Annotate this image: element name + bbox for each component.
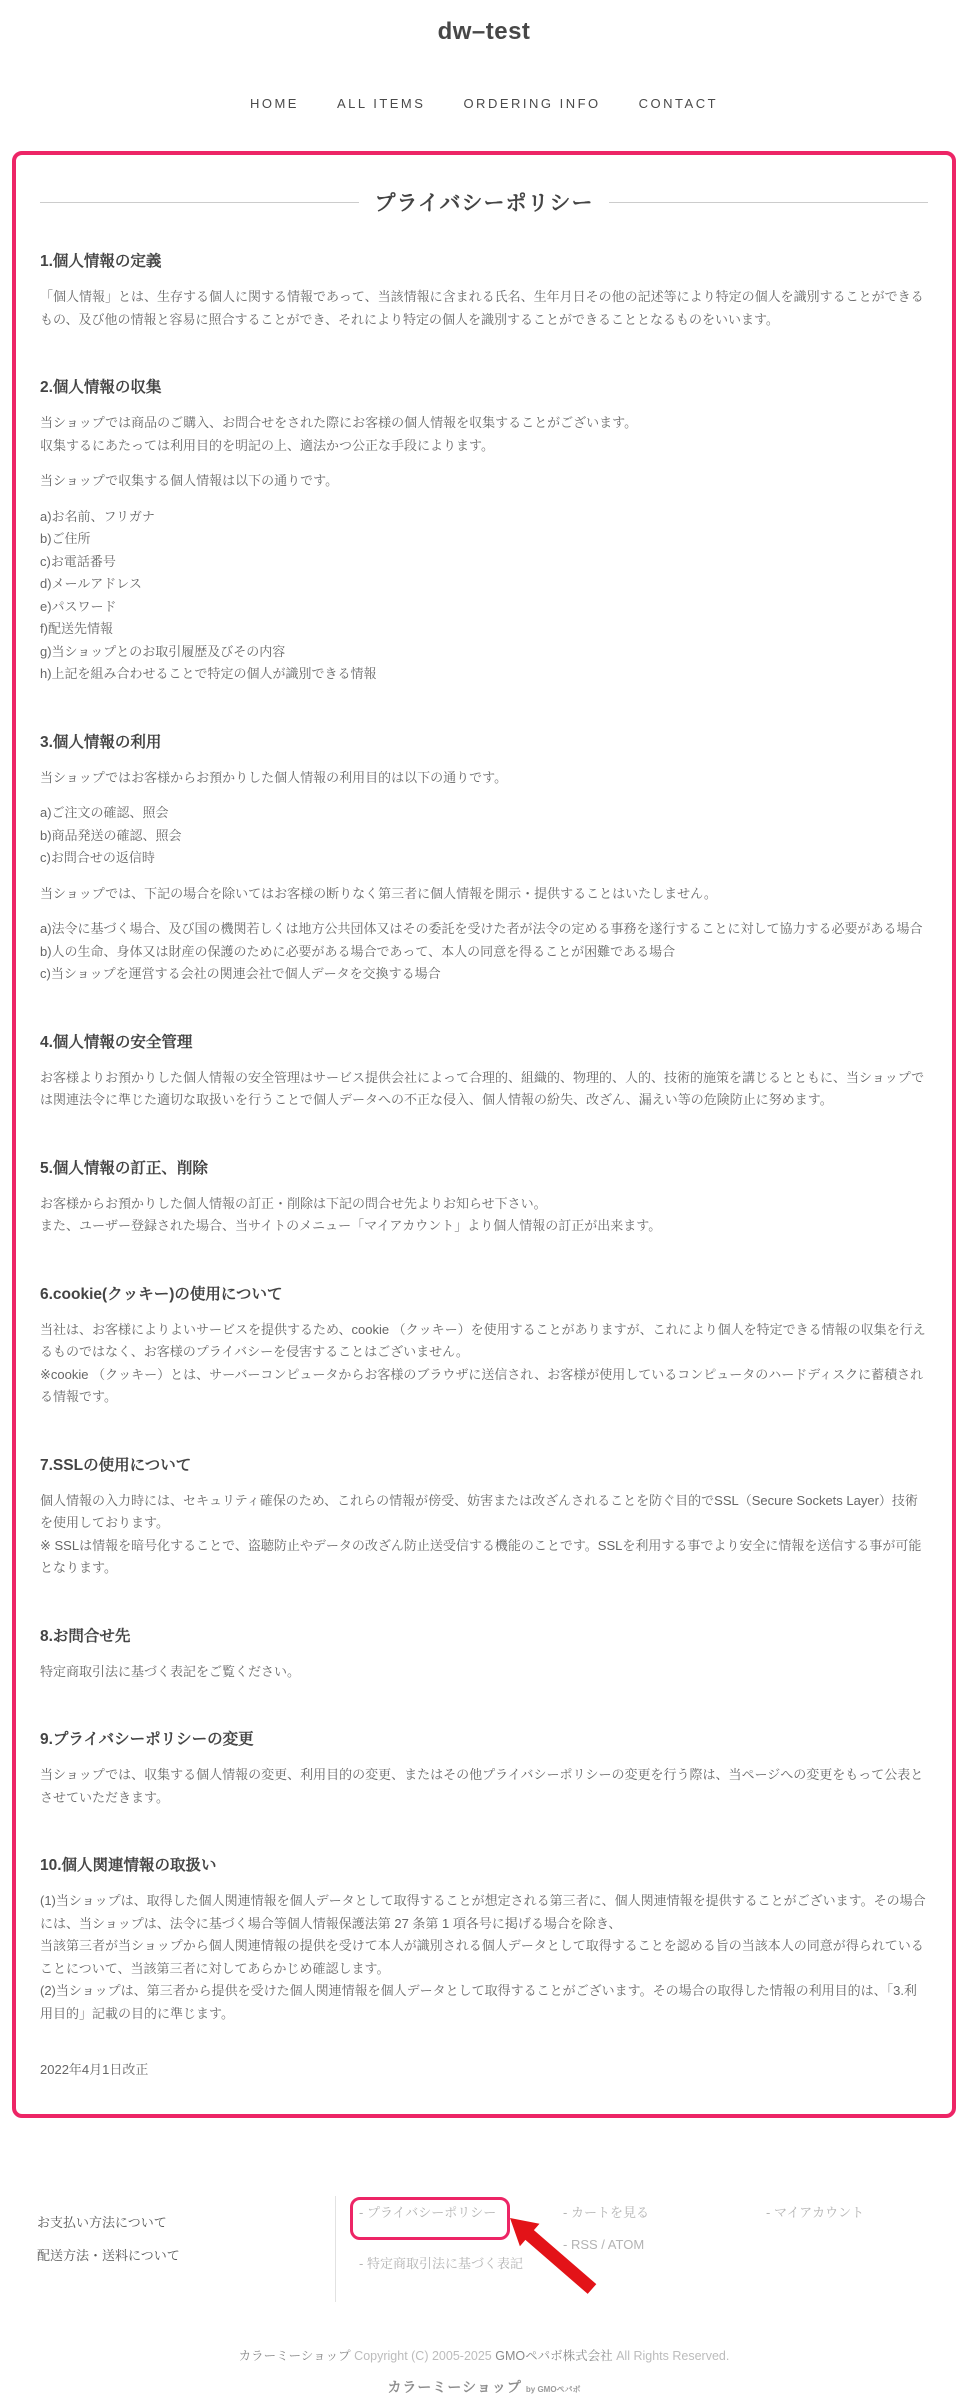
policy-section-5: 5.個人情報の訂正、削除お客様からお預かりした個人情報の訂正・削除は下記の問合せ…	[40, 1156, 928, 1238]
footer-link-shipping[interactable]: 配送方法・送料について	[37, 2245, 335, 2264]
footer-link-my-account[interactable]: - マイアカウント	[766, 2202, 968, 2221]
section-title: 3.個人情報の利用	[40, 730, 928, 752]
policy-section-8: 8.お問合せ先特定商取引法に基づく表記をご覧ください。	[40, 1624, 928, 1684]
copyright-company: GMOペパボ株式会社	[495, 2349, 612, 2363]
footer-policy-column: - プライバシーポリシー- 特定商取引法に基づく表記	[336, 2196, 540, 2288]
section-paragraph: 当ショップでは、下記の場合を除いてはお客様の断りなく第三者に個人情報を開示・提供…	[40, 883, 928, 906]
revision-date: 2022年4月1日改正	[40, 2059, 928, 2082]
footer-link-columns: お支払い方法について配送方法・送料について - プライバシーポリシー- 特定商取…	[0, 2196, 968, 2302]
footer-account-column: - マイアカウント	[743, 2196, 968, 2237]
section-paragraph: (1)当ショップは、取得した個人関連情報を個人データとして取得することが想定され…	[40, 1890, 928, 2025]
section-paragraph: 「個人情報」とは、生存する個人に関する情報であって、当該情報に含まれる氏名、生年…	[40, 286, 928, 331]
copyright-text: Copyright (C) 2005-2025	[354, 2349, 492, 2363]
section-title: 8.お問合せ先	[40, 1624, 928, 1646]
policy-section-1: 1.個人情報の定義「個人情報」とは、生存する個人に関する情報であって、当該情報に…	[40, 249, 928, 331]
policy-section-7: 7.SSLの使用について個人情報の入力時には、セキュリティ確保のため、これらの情…	[40, 1453, 928, 1580]
heading-divider-left	[40, 202, 359, 203]
main-nav: HOMEALL ITEMSORDERING INFOCONTACT	[0, 96, 968, 111]
copyright-line: カラーミーショップ Copyright (C) 2005-2025 GMOペパボ…	[0, 2346, 968, 2364]
policy-section-3: 3.個人情報の利用当ショップではお客様からお預かりした個人情報の利用目的は以下の…	[40, 730, 928, 986]
section-paragraph: a)お名前、フリガナ b)ご住所 c)お電話番号 d)メールアドレス e)パスワ…	[40, 506, 928, 686]
heading-divider-right	[609, 202, 928, 203]
section-title: 5.個人情報の訂正、削除	[40, 1156, 928, 1178]
colorme-logo-by-text: by GMOペパボ	[526, 2385, 581, 2394]
policy-section-9: 9.プライバシーポリシーの変更当ショップでは、収集する個人情報の変更、利用目的の…	[40, 1727, 928, 1809]
footer-link-privacy-policy[interactable]: - プライバシーポリシー	[359, 2202, 496, 2221]
policy-content-highlight-box: プライバシーポリシー 1.個人情報の定義「個人情報」とは、生存する個人に関する情…	[12, 151, 956, 2118]
site-title-link[interactable]: dw–test	[0, 18, 968, 46]
footer-cart-column: - カートを見る- RSS / ATOM	[540, 2196, 743, 2268]
section-paragraph: 当社は、お客様によりよいサービスを提供するため、cookie （クッキー）を使用…	[40, 1319, 928, 1409]
copyright-rights: All Rights Reserved.	[616, 2349, 729, 2363]
section-paragraph: お客様よりお預かりした個人情報の安全管理はサービス提供会社によって合理的、組織的…	[40, 1067, 928, 1112]
footer-link-rss-atom[interactable]: - RSS / ATOM	[563, 2237, 743, 2252]
colorme-logo-text: カラーミーショップ	[387, 2379, 521, 2395]
section-paragraph: 当ショップでは商品のご購入、お問合せをされた際にお客様の個人情報を収集することが…	[40, 412, 928, 457]
section-title: 10.個人関連情報の取扱い	[40, 1853, 928, 1875]
nav-item-ordering-info[interactable]: ORDERING INFO	[463, 96, 600, 111]
policy-section-6: 6.cookie(クッキー)の使用について当社は、お客様によりよいサービスを提供…	[40, 1282, 928, 1409]
section-title: 6.cookie(クッキー)の使用について	[40, 1282, 928, 1304]
footer-info-column: お支払い方法について配送方法・送料について	[0, 2196, 336, 2302]
copyright-brand: カラーミーショップ	[239, 2349, 351, 2363]
site-header: dw–test HOMEALL ITEMSORDERING INFOCONTAC…	[0, 18, 968, 111]
policy-section-4: 4.個人情報の安全管理お客様よりお預かりした個人情報の安全管理はサービス提供会社…	[40, 1030, 928, 1112]
section-paragraph: 当ショップではお客様からお預かりした個人情報の利用目的は以下の通りです。	[40, 767, 928, 790]
nav-item-home[interactable]: HOME	[250, 96, 299, 111]
footer-link-row: - プライバシーポリシー	[359, 2202, 540, 2237]
policy-section-10: 10.個人関連情報の取扱い(1)当ショップは、取得した個人関連情報を個人データと…	[40, 1853, 928, 2025]
section-paragraph: 当ショップでは、収集する個人情報の変更、利用目的の変更、またはその他プライバシー…	[40, 1764, 928, 1809]
nav-item-all-items[interactable]: ALL ITEMS	[337, 96, 425, 111]
policy-sections: 1.個人情報の定義「個人情報」とは、生存する個人に関する情報であって、当該情報に…	[40, 249, 928, 2025]
colorme-logo[interactable]: カラーミーショップby GMOペパボ	[0, 2377, 968, 2397]
section-title: 9.プライバシーポリシーの変更	[40, 1727, 928, 1749]
section-paragraph: 個人情報の入力時には、セキュリティ確保のため、これらの情報が傍受、妨害または改ざ…	[40, 1490, 928, 1580]
section-paragraph: a)法令に基づく場合、及び国の機関若しくは地方公共団体又はその委託を受けた者が法…	[40, 918, 928, 986]
section-title: 4.個人情報の安全管理	[40, 1030, 928, 1052]
policy-section-2: 2.個人情報の収集当ショップでは商品のご購入、お問合せをされた際にお客様の個人情…	[40, 375, 928, 686]
nav-item-contact[interactable]: CONTACT	[639, 96, 718, 111]
section-paragraph: a)ご注文の確認、照会 b)商品発送の確認、照会 c)お問合せの返信時	[40, 802, 928, 870]
section-title: 7.SSLの使用について	[40, 1453, 928, 1475]
section-paragraph: 当ショップで収集する個人情報は以下の通りです。	[40, 470, 928, 493]
section-title: 2.個人情報の収集	[40, 375, 928, 397]
section-title: 1.個人情報の定義	[40, 249, 928, 271]
section-paragraph: お客様からお預かりした個人情報の訂正・削除は下記の問合せ先よりお知らせ下さい。 …	[40, 1193, 928, 1238]
site-footer: お支払い方法について配送方法・送料について - プライバシーポリシー- 特定商取…	[0, 2196, 968, 2397]
policy-heading-row: プライバシーポリシー	[40, 187, 928, 217]
footer-link-view-cart[interactable]: - カートを見る	[563, 2202, 743, 2221]
section-paragraph: 特定商取引法に基づく表記をご覧ください。	[40, 1661, 928, 1684]
footer-link-legal-notice[interactable]: - 特定商取引法に基づく表記	[359, 2253, 540, 2272]
page-title: プライバシーポリシー	[375, 187, 594, 217]
privacy-link-annotated: - プライバシーポリシー	[359, 2202, 496, 2237]
footer-link-payment[interactable]: お支払い方法について	[37, 2212, 335, 2231]
